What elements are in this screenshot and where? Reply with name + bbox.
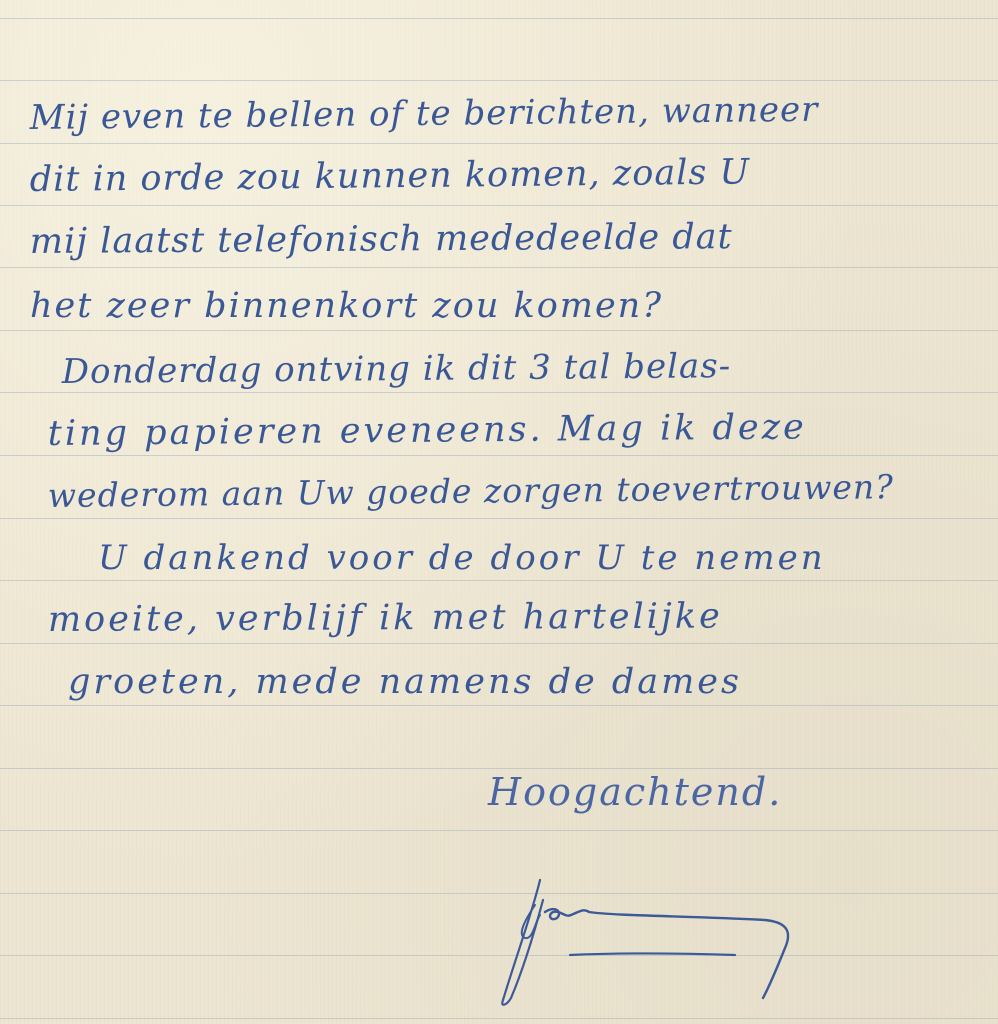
letter-closing: Hoogachtend.: [488, 770, 782, 814]
letter-body-line: moeite, verblijf ik met hartelijke: [48, 596, 723, 640]
signature: Jos: [495, 860, 805, 1010]
ruled-line: [0, 1018, 998, 1019]
ruled-line: [0, 330, 998, 331]
letter-body-line: Mij even te bellen of te berichten, wann…: [30, 90, 819, 138]
letter-page: Mij even te bellen of te berichten, wann…: [0, 0, 998, 1024]
ruled-line: [0, 705, 998, 706]
letter-body-line: U dankend voor de door U te nemen: [98, 538, 826, 578]
ruled-line: [0, 455, 998, 456]
ruled-line: [0, 205, 998, 206]
letter-body-line: wederom aan Uw goede zorgen toevertrouwe…: [48, 467, 894, 515]
ruled-line: [0, 580, 998, 581]
ruled-line: [0, 830, 998, 831]
ruled-line: [0, 80, 998, 81]
ruled-line: [0, 267, 998, 268]
ruled-line: [0, 643, 998, 644]
ruled-line: [0, 518, 998, 519]
letter-body-line: groeten, mede namens de dames: [68, 662, 742, 702]
ruled-line: [0, 143, 998, 144]
letter-body-line: dit in orde zou kunnen komen, zoals U: [30, 152, 751, 200]
letter-body-line: het zeer binnenkort zou komen?: [30, 286, 663, 326]
ruled-line: [0, 392, 998, 393]
ruled-line: [0, 768, 998, 769]
ruled-line: [0, 18, 998, 19]
letter-body-line: mij laatst telefonisch mededeelde dat: [30, 217, 733, 262]
letter-body-line: Donderdag ontving ik dit 3 tal belas-: [62, 346, 732, 392]
letter-body-line: ting papieren eveneens. Mag ik deze: [48, 407, 807, 454]
